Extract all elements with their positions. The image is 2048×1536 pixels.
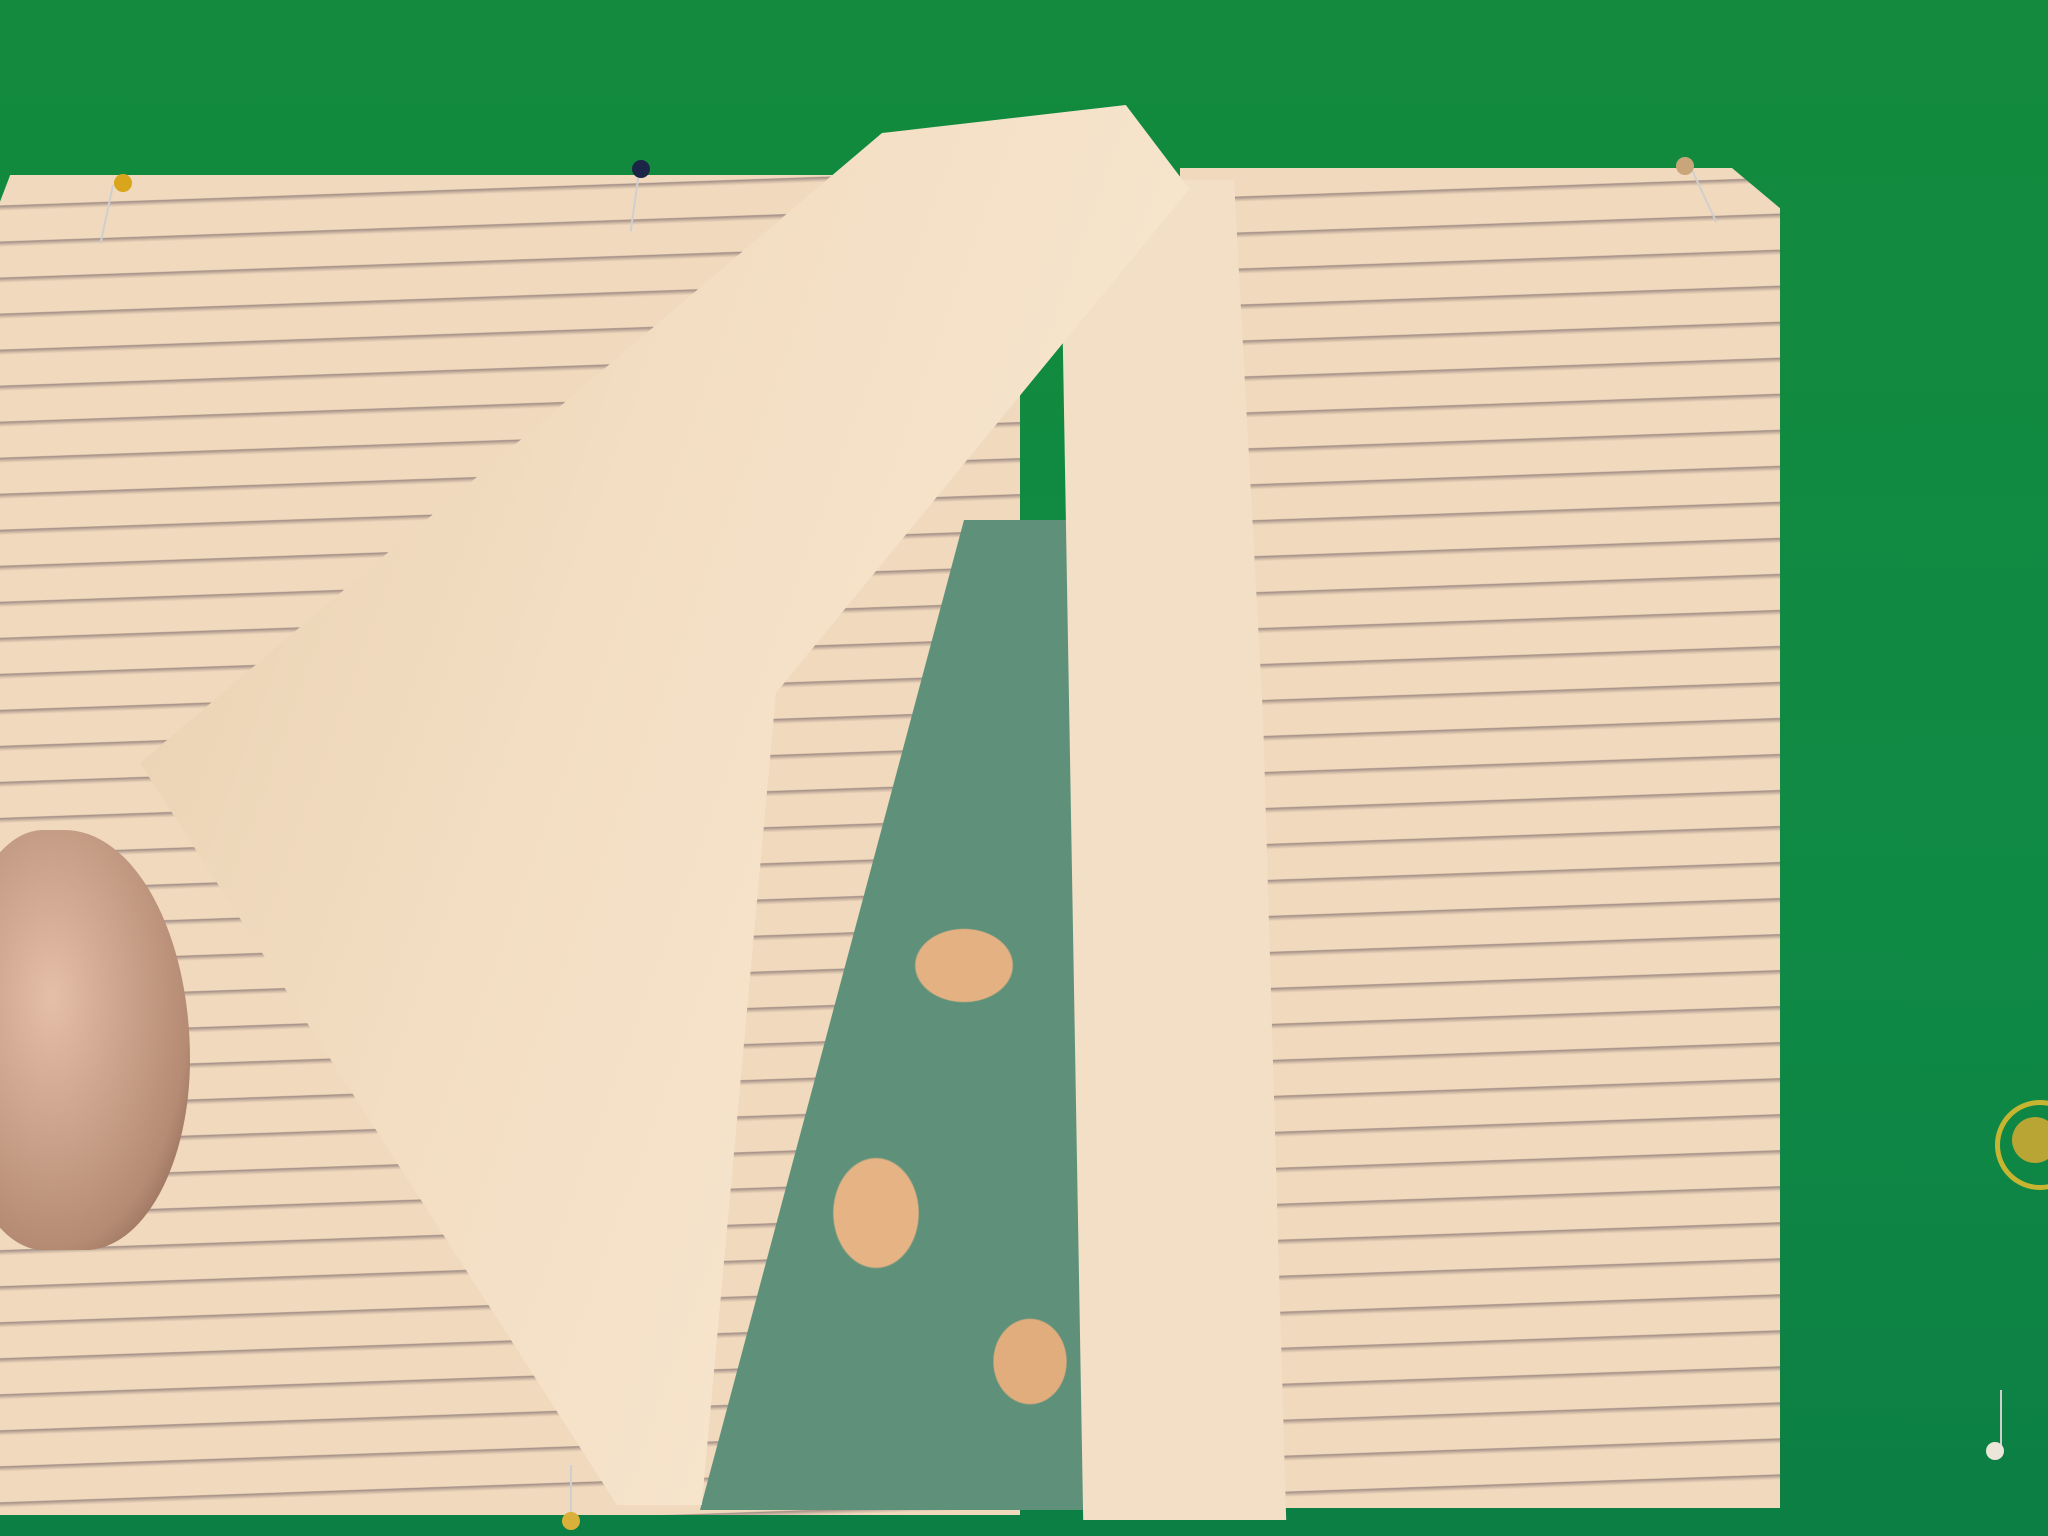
cutting-mat: Quilted fabric piece with French-script …	[0, 0, 2048, 1536]
pin-icon	[2000, 1390, 2002, 1450]
pin-head-yellow	[114, 174, 132, 192]
pin-head-white	[1986, 1442, 2004, 1460]
pin-head-yellow	[562, 1512, 580, 1530]
pin-head-tan	[1676, 157, 1694, 175]
pin-head-navy	[632, 160, 650, 178]
mat-logo-icon	[1995, 1100, 2048, 1190]
